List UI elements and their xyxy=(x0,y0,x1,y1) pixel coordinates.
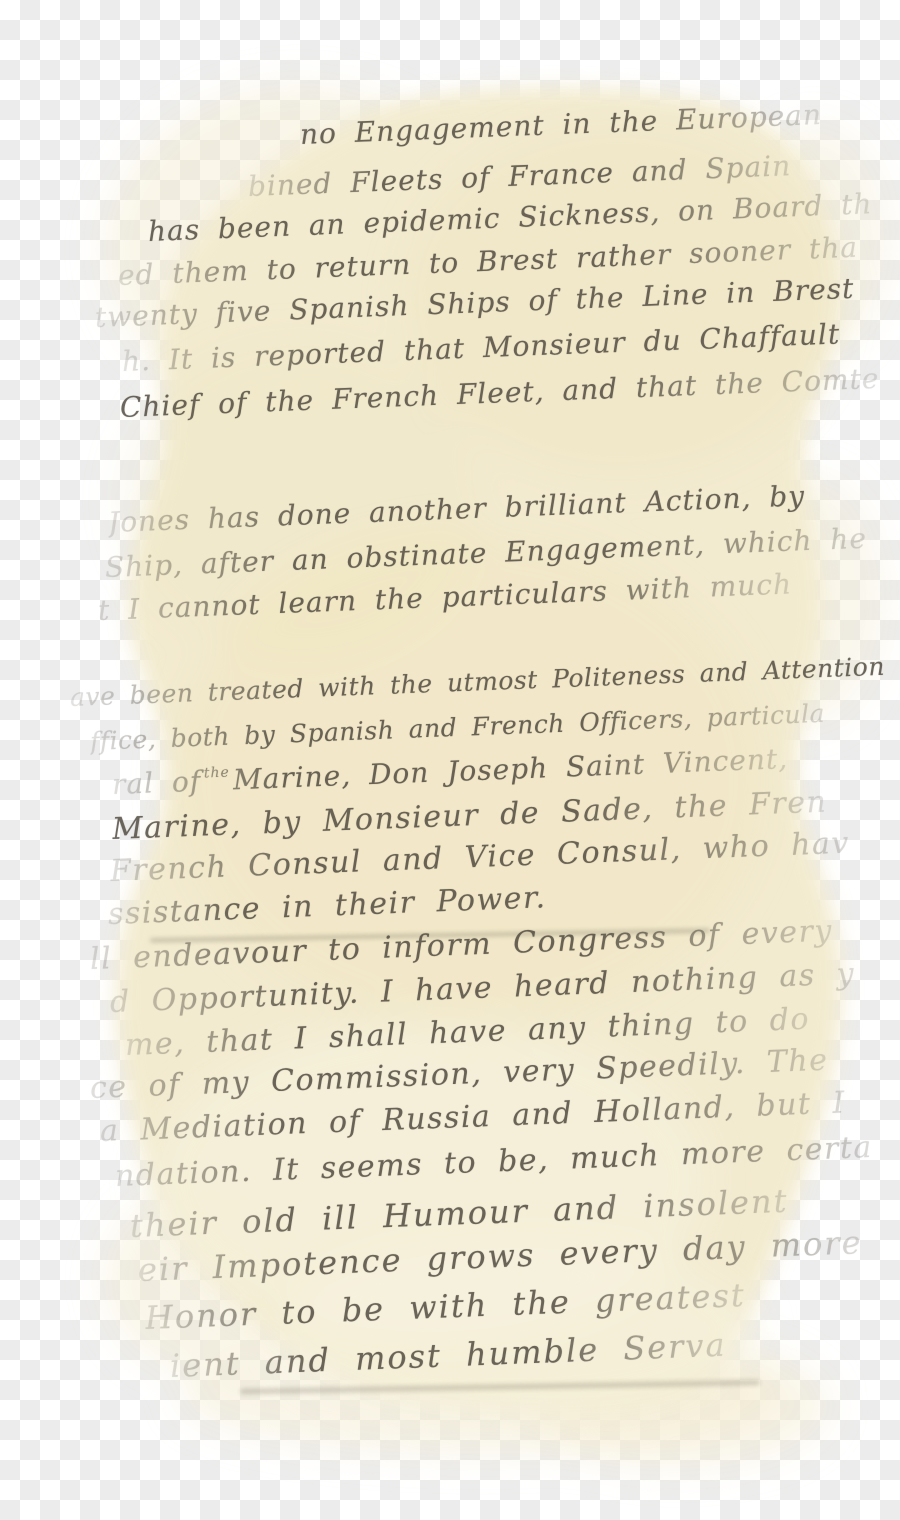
line-fragment: ral of xyxy=(111,765,201,801)
transparent-canvas: no Engagement in the European bined Flee… xyxy=(0,0,900,1520)
inserted-word: the xyxy=(203,764,230,781)
